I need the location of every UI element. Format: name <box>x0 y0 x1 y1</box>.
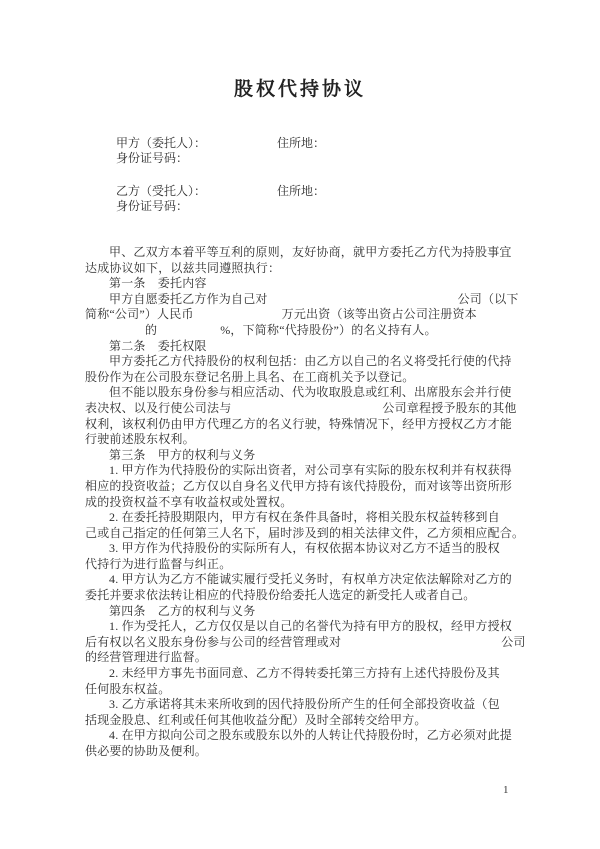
text-segment: %，下简称“代持股份”）的名义持有人。 <box>220 323 436 337</box>
document-page: 股权代持协议 甲方（委托人）： 住所地： 身份证号码： 乙方（受托人）： 住所地… <box>0 0 600 849</box>
text-segment: 公司章程授予股东的其他 <box>382 401 516 415</box>
text-line: 4. 在甲方拟向公司之股东或股东以外的人转让代持股份时，乙方必须对此提 <box>85 728 525 744</box>
text-segment: 万元出资（该等出资占公司注册资本 <box>282 307 477 321</box>
text-segment: 甲方自愿委托乙方作为自己对 <box>109 292 268 306</box>
text-segment: 相应的投资收益；乙方仅以自身名义代甲方持有该代持股份，而对该等出资所形 <box>85 479 512 493</box>
text-segment: 委托并要求依法转让相应的代持股份给委托人选定的新受托人或者自己。 <box>85 588 475 602</box>
text-line: 相应的投资收益；乙方仅以自身名义代甲方持有该代持股份，而对该等出资所形 <box>85 479 525 495</box>
text-segment: 1. 甲方作为代持股份的实际出资者，对公司享有实际的股东权利并有权获得 <box>109 463 512 477</box>
text-line: 股份作为在公司股东登记名册上具名、在工商机关予以登记。 <box>85 370 525 386</box>
text-line: 表决权、以及行使公司法与公司章程授予股东的其他 <box>85 401 525 417</box>
text-segment: 供必要的协助及便利。 <box>85 744 207 758</box>
text-segment: 公司 <box>501 635 525 649</box>
page-number: 1 <box>503 784 509 796</box>
party-a-id-row: 身份证号码： <box>116 151 325 166</box>
text-segment: 3. 甲方作为代持股份的实际所有人，有权依据本协议对乙方不适当的股权 <box>109 541 500 555</box>
party-b-residence-label: 住所地： <box>277 184 325 198</box>
text-segment: 表决权、以及行使公司法与 <box>85 401 231 415</box>
party-a-label: 甲方（委托人）： <box>116 136 274 151</box>
text-line: 供必要的协助及便利。 <box>85 744 525 760</box>
text-segment: 公司（以下 <box>458 292 519 306</box>
text-segment: 代持行为进行监督与纠正。 <box>85 557 231 571</box>
text-line: 4. 甲方认为乙方不能诚实履行受托义务时，有权单方决定依法解除对乙方的 <box>85 572 525 588</box>
text-line: 2. 在委托持股期限内，甲方有权在条件具备时，将相关股东权益转移到自 <box>85 510 525 526</box>
text-segment: 第二条 委托权限 <box>109 339 207 353</box>
text-line: 权利，该权利仍由甲方代理乙方的名义行驶，特殊情况下，经甲方授权乙方才能 <box>85 417 525 433</box>
text-line: 第四条 乙方的权利与义务 <box>85 604 525 620</box>
text-segment: 第一条 委托内容 <box>109 276 207 290</box>
text-segment: 己或自己指定的任何第三人名下，届时涉及到的相关法律文件，乙方须相应配合。 <box>85 526 524 540</box>
text-segment: 2. 在委托持股期限内，甲方有权在条件具备时，将相关股东权益转移到自 <box>109 510 500 524</box>
text-segment: 甲方委托乙方代持股份的权利包括：由乙方以自己的名义将受托行使的代持 <box>109 354 512 368</box>
text-segment: 1. 作为受托人，乙方仅仅是以自己的名誉代为持有甲方的股权，经甲方授权 <box>109 619 512 633</box>
text-line: 成的投资权益不享有收益权或处置权。 <box>85 495 525 511</box>
fill-in-blank <box>268 302 458 303</box>
text-line: 甲、乙双方本着平等互利的原则，友好协商，就甲方委托乙方代为持股事宜 <box>85 245 525 261</box>
text-segment: 第四条 乙方的权利与义务 <box>109 604 255 618</box>
fill-in-blank <box>157 333 220 334</box>
text-line: 但不能以股东身份参与相应活动、代为收取股息或红利、出席股东会并行使 <box>85 385 525 401</box>
text-segment: 第三条 甲方的权利与义务 <box>109 448 255 462</box>
text-segment: 的 <box>145 323 157 337</box>
text-line: 第一条 委托内容 <box>85 276 525 292</box>
party-a-row: 甲方（委托人）： 住所地： <box>116 136 325 151</box>
text-line: 1. 甲方作为代持股份的实际出资者，对公司享有实际的股东权利并有权获得 <box>85 463 525 479</box>
text-segment: 后有权以名义股东身份参与公司的经营管理或对 <box>85 635 341 649</box>
text-segment: 的经营管理进行监督。 <box>85 650 207 664</box>
text-segment: 成的投资权益不享有收益权或处置权。 <box>85 495 292 509</box>
party-b-id-label: 身份证号码： <box>116 199 188 213</box>
text-segment: 任何股东权益。 <box>85 682 170 696</box>
text-line: 行驶前述股东权利。 <box>85 432 525 448</box>
text-line: 2. 未经甲方事先书面同意、乙方不得转委托第三方持有上述代持股份及其 <box>85 666 525 682</box>
text-segment: 行驶前述股东权利。 <box>85 432 195 446</box>
text-segment: 甲、乙双方本着平等互利的原则，友好协商，就甲方委托乙方代为持股事宜 <box>109 245 512 259</box>
text-segment: 但不能以股东身份参与相应活动、代为收取股息或红利、出席股东会并行使 <box>109 385 512 399</box>
party-b-id-row: 身份证号码： <box>116 199 325 214</box>
text-segment: 3. 乙方承诺将其未来所收到的因代持股份所产生的任何全部投资收益（包 <box>109 697 500 711</box>
text-line: 任何股东权益。 <box>85 682 525 698</box>
text-line: 第三条 甲方的权利与义务 <box>85 448 525 464</box>
text-segment: 权利，该权利仍由甲方代理乙方的名义行驶，特殊情况下，经甲方授权乙方才能 <box>85 417 512 431</box>
party-a-residence-label: 住所地： <box>277 136 325 150</box>
text-line: 代持行为进行监督与纠正。 <box>85 557 525 573</box>
text-line: 己或自己指定的任何第三人名下，届时涉及到的相关法律文件，乙方须相应配合。 <box>85 526 525 542</box>
text-line: 的经营管理进行监督。 <box>85 650 525 666</box>
document-body: 甲、乙双方本着平等互利的原则，友好协商，就甲方委托乙方代为持股事宜达成协议如下，… <box>85 245 525 760</box>
text-segment: 简称“公司”）人民币 <box>85 307 194 321</box>
text-segment: 4. 甲方认为乙方不能诚实履行受托义务时，有权单方决定依法解除对乙方的 <box>109 572 512 586</box>
party-b-row: 乙方（受托人）： 住所地： <box>116 184 325 199</box>
text-line: 达成协议如下，以兹共同遵照执行： <box>85 261 525 277</box>
party-a-block: 甲方（委托人）： 住所地： 身份证号码： <box>116 136 325 166</box>
text-segment: 2. 未经甲方事先书面同意、乙方不得转委托第三方持有上述代持股份及其 <box>109 666 500 680</box>
text-segment: 括现金股息、红利或任何其他收益分配）及时全部转交给甲方。 <box>85 713 427 727</box>
text-segment: 股份作为在公司股东登记名册上具名、在工商机关予以登记。 <box>85 370 414 384</box>
party-b-block: 乙方（受托人）： 住所地： 身份证号码： <box>116 184 325 214</box>
text-line: 1. 作为受托人，乙方仅仅是以自己的名誉代为持有甲方的股权，经甲方授权 <box>85 619 525 635</box>
document-title: 股权代持协议 <box>0 74 600 101</box>
text-line: 后有权以名义股东身份参与公司的经营管理或对公司 <box>85 635 525 651</box>
text-line: 第二条 委托权限 <box>85 339 525 355</box>
text-line: 的%，下简称“代持股份”）的名义持有人。 <box>85 323 525 339</box>
fill-in-blank <box>231 411 382 412</box>
text-line: 甲方委托乙方代持股份的权利包括：由乙方以自己的名义将受托行使的代持 <box>85 354 525 370</box>
text-line: 甲方自愿委托乙方作为自己对公司（以下 <box>85 292 525 308</box>
party-a-id-label: 身份证号码： <box>116 151 188 165</box>
fill-in-blank <box>85 333 145 334</box>
party-b-label: 乙方（受托人）： <box>116 184 274 199</box>
fill-in-blank <box>341 645 501 646</box>
parties-block: 甲方（委托人）： 住所地： 身份证号码： 乙方（受托人）： 住所地： 身份证号码… <box>116 136 325 232</box>
text-line: 3. 甲方作为代持股份的实际所有人，有权依据本协议对乙方不适当的股权 <box>85 541 525 557</box>
text-line: 括现金股息、红利或任何其他收益分配）及时全部转交给甲方。 <box>85 713 525 729</box>
text-segment: 达成协议如下，以兹共同遵照执行： <box>85 261 280 275</box>
fill-in-blank <box>194 317 282 318</box>
text-segment: 4. 在甲方拟向公司之股东或股东以外的人转让代持股份时，乙方必须对此提 <box>109 728 512 742</box>
text-line: 简称“公司”）人民币万元出资（该等出资占公司注册资本 <box>85 307 525 323</box>
text-line: 3. 乙方承诺将其未来所收到的因代持股份所产生的任何全部投资收益（包 <box>85 697 525 713</box>
text-line: 委托并要求依法转让相应的代持股份给委托人选定的新受托人或者自己。 <box>85 588 525 604</box>
